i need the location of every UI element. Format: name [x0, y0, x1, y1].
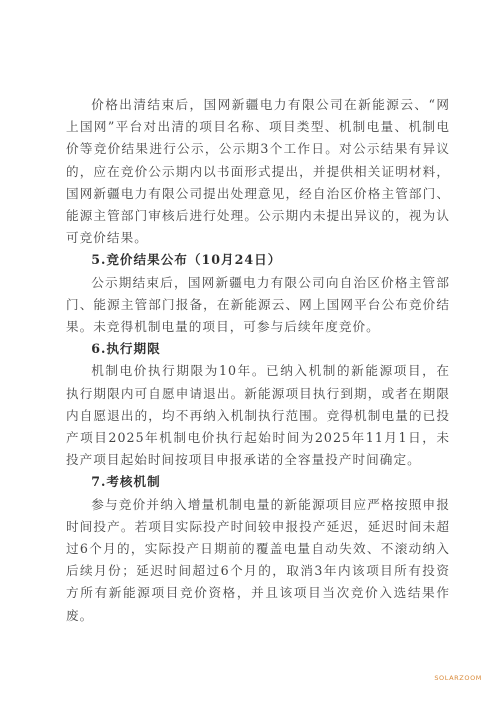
paragraph-result-announcement: 公示期结束后，国网新疆电力有限公司向自治区价格主管部门、能源主管部门报备，在新能…	[66, 272, 450, 339]
paragraph-execution-period: 机制电价执行期限为10年。已纳入机制的新能源项目，在执行期限内可自愿申请退出。新…	[66, 360, 450, 471]
paragraph-bid-result-publicity: 价格出清结束后，国网新疆电力有限公司在新能源云、“网上国网”平台对出清的项目名称…	[66, 94, 450, 249]
solarzoom-watermark: SOLARZOOM	[434, 674, 482, 682]
heading-assessment-mechanism: 7.考核机制	[66, 471, 450, 493]
heading-execution-period: 6.执行期限	[66, 338, 450, 360]
heading-result-announcement: 5.竞价结果公布（10月24日）	[66, 249, 450, 271]
document-page: 价格出清结束后，国网新疆电力有限公司在新能源云、“网上国网”平台对出清的项目名称…	[66, 94, 450, 627]
paragraph-assessment-mechanism: 参与竞价并纳入增量机制电量的新能源项目应严格按照申报时间投产。若项目实际投产时间…	[66, 494, 450, 627]
